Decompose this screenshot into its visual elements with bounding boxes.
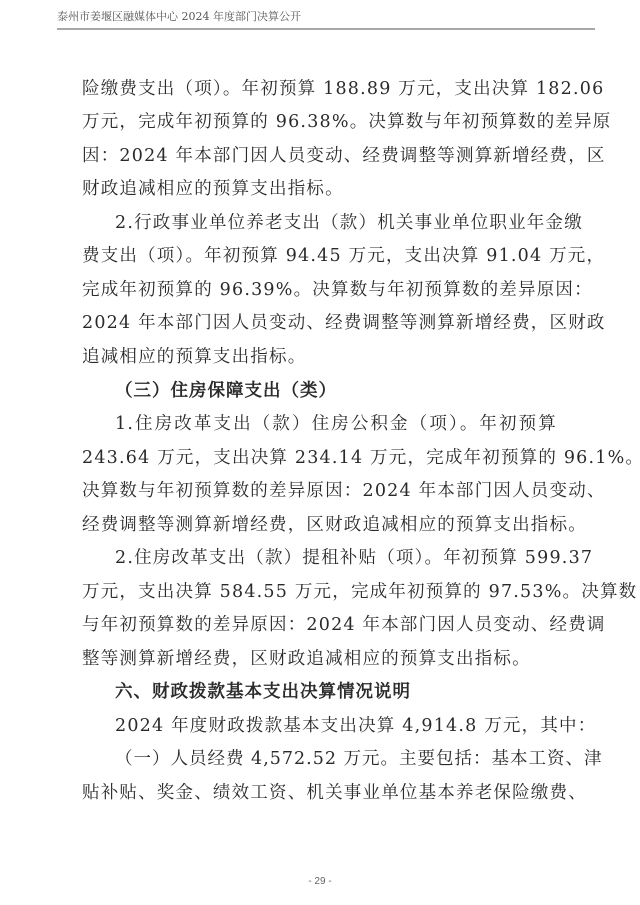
- body-line: 因：2024 年本部门因人员变动、经费调整等测算新增经费，区: [82, 139, 557, 173]
- section-heading-housing: （三）住房保障支出（类）: [115, 374, 557, 408]
- body-line: 完成年初预算的 96.39%。决算数与年初预算数的差异原因：: [82, 273, 557, 307]
- page-number: - 29 -: [0, 876, 640, 887]
- running-header: 泰州市姜堰区融媒体中心 2024 年度部门决算公开: [57, 8, 301, 24]
- section-heading-basic-expenditure: 六、财政拨款基本支出决算情况说明: [115, 675, 557, 709]
- body-line: 经费调整等测算新增经费，区财政追减相应的预算支出指标。: [82, 508, 557, 542]
- body-line: 追减相应的预算支出指标。: [82, 340, 557, 374]
- body-line: 2024 年本部门因人员变动、经费调整等测算新增经费，区财政: [82, 306, 557, 340]
- body-line: 2024 年度财政拨款基本支出决算 4,914.8 万元，其中：: [115, 709, 557, 743]
- subsection-personnel-expenses: （一）人员经费 4,572.52 万元。主要包括：基本工资、津: [115, 742, 557, 776]
- body-line: 险缴费支出（项）。年初预算 188.89 万元，支出决算 182.06: [82, 72, 557, 106]
- body-line: 贴补贴、奖金、绩效工资、机关事业单位基本养老保险缴费、: [82, 776, 557, 810]
- body-line: 243.64 万元，支出决算 234.14 万元，完成年初预算的 96.1%。: [82, 441, 557, 475]
- body-line: 费支出（项）。年初预算 94.45 万元，支出决算 91.04 万元，: [82, 239, 557, 273]
- body-line: 万元，完成年初预算的 96.38%。决算数与年初预算数的差异原: [82, 105, 557, 139]
- body-line: 2.住房改革支出（款）提租补贴（项）。年初预算 599.37: [115, 541, 557, 575]
- header-rule: [57, 28, 595, 30]
- body-line: 财政追减相应的预算支出指标。: [82, 172, 557, 206]
- body-line: 决算数与年初预算数的差异原因：2024 年本部门因人员变动、: [82, 474, 557, 508]
- body-line: 2.行政事业单位养老支出（款）机关事业单位职业年金缴: [115, 206, 557, 240]
- body-line: 整等测算新增经费，区财政追减相应的预算支出指标。: [82, 642, 557, 676]
- body-line: 与年初预算数的差异原因：2024 年本部门因人员变动、经费调: [82, 608, 557, 642]
- body-line: 1.住房改革支出（款）住房公积金（项）。年初预算: [115, 407, 557, 441]
- body-line: 万元，支出决算 584.55 万元，完成年初预算的 97.53%。决算数: [82, 575, 557, 609]
